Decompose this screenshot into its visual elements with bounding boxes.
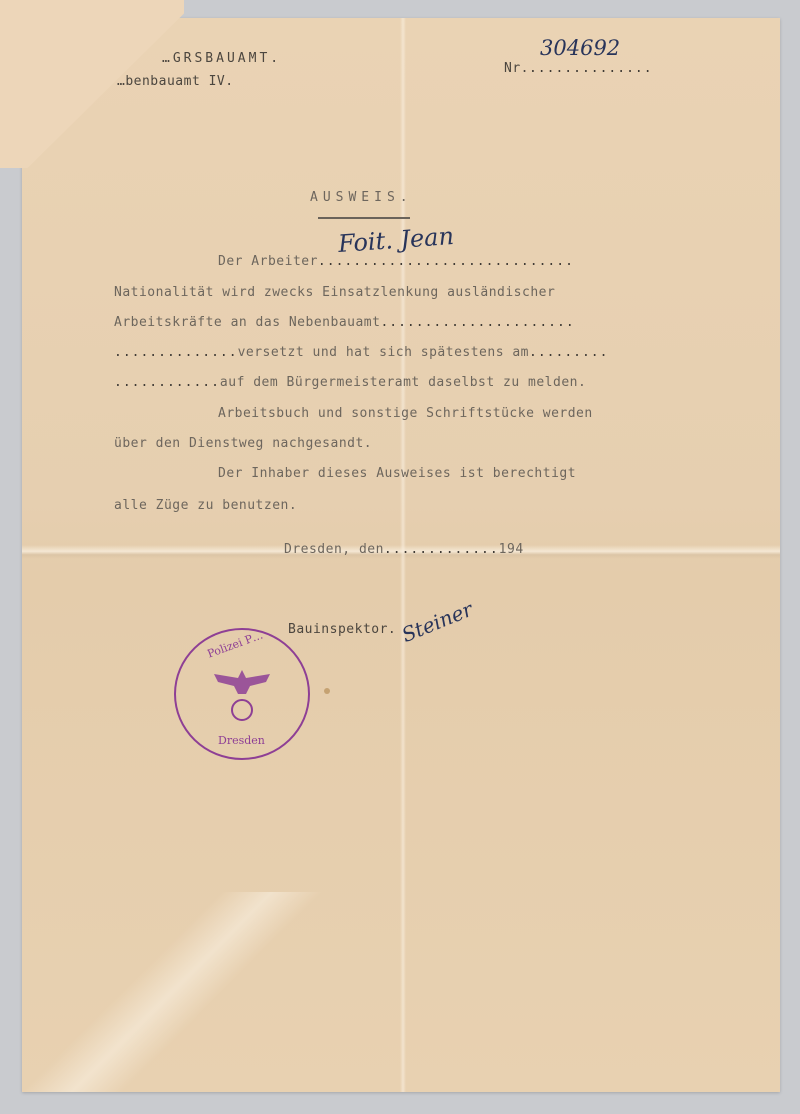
document-number: 304692 <box>540 36 620 60</box>
stamp-top-text: Polizei P… <box>206 628 265 660</box>
worker-line: Der Arbeiter............................… <box>218 254 574 269</box>
text-line-transferred: ..............versetzt und hat sich spät… <box>114 345 608 360</box>
text-line-workbook: Arbeitsbuch und sonstige Schriftstücke w… <box>218 406 593 421</box>
document-title: AUSWEIS. <box>310 190 413 205</box>
worker-label: Der Arbeiter <box>218 254 318 269</box>
signature: Steiner <box>398 597 476 647</box>
paper-spot <box>324 688 330 694</box>
corner-crease <box>22 892 322 1092</box>
number-field: Nr............... <box>504 61 653 76</box>
eagle-emblem-icon <box>204 660 280 724</box>
text-line-report: ............auf dem Bürgermeisteramt das… <box>114 375 586 390</box>
document-sheet: …GRSBAUAMT. …benbauamt IV. Nr...........… <box>22 18 780 1092</box>
text-line-workers: Arbeitskräfte an das Nebenbauamt........… <box>114 315 575 330</box>
text-line-trains: alle Züge zu benutzen. <box>114 498 297 513</box>
text-workers: Arbeitskräfte an das Nebenbauamt <box>114 315 380 330</box>
official-stamp: Polizei P… Dresden <box>174 628 310 760</box>
text-line-sent: über den Dienstweg nachgesandt. <box>114 436 372 451</box>
title-underline <box>318 217 410 219</box>
text-transferred: versetzt und hat sich spätestens am <box>238 345 529 360</box>
text-line-nationality: Nationalität wird zwecks Einsatzlenkung … <box>114 285 555 300</box>
signatory-title: Bauinspektor. <box>288 622 396 637</box>
header-sub-office: …benbauamt IV. <box>117 74 234 89</box>
place-date-label: Dresden, den <box>284 542 384 557</box>
year-prefix: 194 <box>499 542 524 557</box>
header-office: …GRSBAUAMT. <box>162 51 281 66</box>
worker-name: Foit. Jean <box>337 222 455 258</box>
stamp-bottom-text: Dresden <box>218 734 265 747</box>
number-label: Nr. <box>504 61 529 76</box>
text-line-holder: Der Inhaber dieses Ausweises ist berecht… <box>218 466 576 481</box>
text-report: auf dem Bürgermeisteramt daselbst zu mel… <box>220 375 586 390</box>
place-date-line: Dresden, den.............194 <box>284 542 524 557</box>
